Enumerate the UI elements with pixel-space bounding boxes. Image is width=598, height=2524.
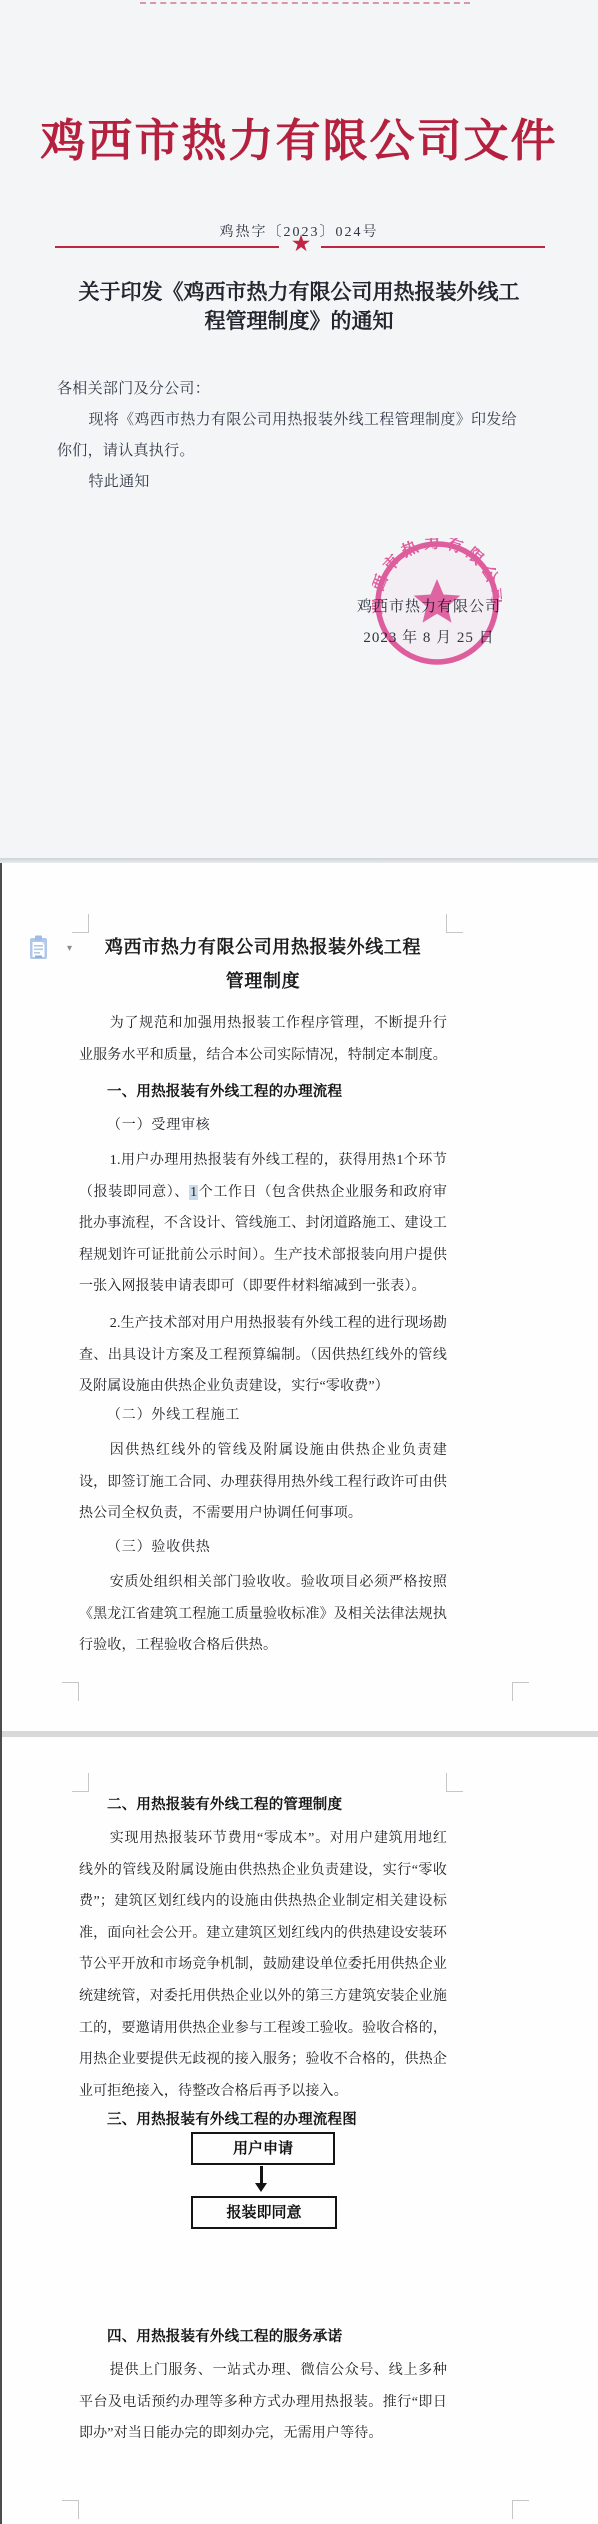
paragraph-1-1: 1.用户办理用热报装有外线工程的，获得用热1个环节（报装即同意）、1个工作日（包… (79, 1145, 447, 1303)
paragraph-3-1: 安质处组织相关部门验收收。验收项目必须严格按照《黑龙江省建筑工程施工质量验收标准… (79, 1567, 447, 1662)
notice-paragraph: 现将《鸡西市热力有限公司用热报装外线工程管理制度》印发给你们，请认真执行。 (57, 405, 521, 467)
spellcheck-highlight: 1 (189, 1185, 198, 1200)
crop-mark-top-right (446, 914, 463, 933)
notice-closing: 特此通知 (57, 467, 521, 498)
crop-mark-top-right (446, 1773, 463, 1792)
crop-mark-bottom-right (512, 1682, 529, 1701)
intro-paragraph: 为了规范和加强用热报装工作程序管理，不断提升行业服务水平和质量，结合本公司实际情… (79, 1008, 447, 1071)
document-left-edge (0, 863, 2, 2524)
flow-arrow (260, 2166, 263, 2183)
flowchart-box-approve: 报装即同意 (191, 2196, 337, 2229)
paste-options-button[interactable]: ▾ (28, 934, 72, 962)
heading-4: 四、用热报装有外线工程的服务承诺 (107, 2327, 452, 2347)
notice-body: 各相关部门及分公司： 现将《鸡西市热力有限公司用热报装外线工程管理制度》印发给你… (57, 374, 521, 498)
flowchart-box-user-apply: 用户申请 (191, 2132, 335, 2165)
scan-artifact-line (140, 2, 470, 4)
rules-title-line2: 管理制度 (79, 964, 447, 998)
company-seal-stamp: 鸡西市热力有限公司 (372, 538, 502, 668)
document-view: 鸡西市热力有限公司文件 鸡热字〔2023〕024号 ★ 关于印发《鸡西市热力有限… (0, 0, 598, 2524)
paste-options-icon (28, 934, 52, 962)
rules-title-line1: 鸡西市热力有限公司用热报装外线工程 (79, 930, 447, 964)
paragraph-mgmt: 实现用热报装环节费用“零成本”。对用户建筑用地红线外的管线及附属设施由供热热企业… (79, 1823, 447, 2107)
crop-mark-bottom-left (62, 1682, 79, 1701)
subheading-1-1: （一）受理审核 (107, 1116, 452, 1136)
salutation: 各相关部门及分公司： (57, 374, 521, 405)
red-header-title: 鸡西市热力有限公司文件 (0, 104, 598, 169)
heading-3: 三、用热报装有外线工程的办理流程图 (107, 2110, 452, 2130)
crop-mark-bottom-right (512, 2500, 529, 2519)
paragraph-1-1-post: 个工作日（包含供热企业服务和政府审批办事流程，不含设计、管线施工、封闭道路施工、… (79, 1185, 447, 1295)
heading-2: 二、用热报装有外线工程的管理制度 (107, 1795, 452, 1815)
dropdown-arrow-icon[interactable]: ▾ (67, 943, 72, 954)
star-icon: ★ (281, 231, 321, 257)
red-rule-left (55, 246, 279, 248)
subheading-1-2: （二）外线工程施工 (107, 1406, 452, 1426)
crop-mark-top-left (72, 1773, 89, 1792)
red-rule-right (321, 246, 545, 248)
scanned-page-1: 鸡西市热力有限公司文件 鸡热字〔2023〕024号 ★ 关于印发《鸡西市热力有限… (0, 0, 598, 858)
subheading-1-3: （三）验收供热 (107, 1538, 452, 1558)
flow-arrow-head (255, 2183, 267, 2192)
heading-1: 一、用热报装有外线工程的办理流程 (107, 1082, 452, 1102)
paragraph-1-2: 2.生产技术部对用户用热报装有外线工程的进行现场勘查、出具设计方案及工程预算编制… (79, 1308, 447, 1403)
crop-mark-bottom-left (62, 2500, 79, 2519)
paragraph-service: 提供上门服务、一站式办理、微信公众号、线上多种平台及电话预约办理等多种方式办理用… (79, 2355, 447, 2450)
notice-title: 关于印发《鸡西市热力有限公司用热报装外线工程管理制度》的通知 (74, 278, 524, 336)
paragraph-2-1: 因供热红线外的管线及附属设施由供热企业负责建设，即签订施工合同、办理获得用热外线… (79, 1435, 447, 1530)
